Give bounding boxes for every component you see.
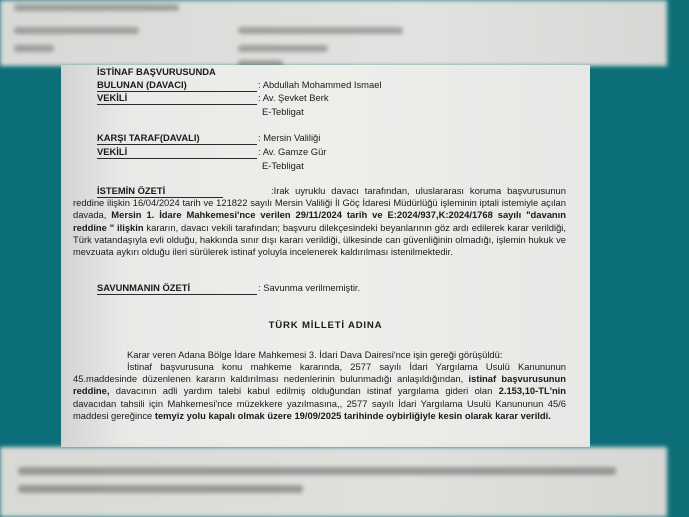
decision-text: İstinaf başvurusuna konu mahkeme kararın… <box>73 361 566 422</box>
claim-text-2: kararın, davacı vekili tarafından; başvu… <box>73 222 566 257</box>
appellant-label-line1: İSTİNAF BAŞVURUSUNDA <box>97 66 216 78</box>
court-decision-page: İSTİNAF BAŞVURUSUNDA BULUNAN (DAVACI) : … <box>61 65 590 447</box>
decision-bold-2: 2.153,10-TL'nin <box>499 385 566 396</box>
appellant-counsel-name: : Av. Şevket Berk <box>258 92 329 104</box>
appellant-counsel-note: E-Tebligat <box>262 106 304 118</box>
respondent-counsel-name: : Av. Gamze Gür <box>258 146 326 158</box>
decision-intro-text: Karar veren Adana Bölge İdare Mahkemesi … <box>73 349 566 361</box>
claim-summary-text: :Irak uyruklu davacı tarafından, uluslar… <box>73 185 566 258</box>
judgment-heading: TÜRK MİLLETİ ADINA <box>61 320 590 332</box>
blurred-background-document-bottom <box>0 447 689 517</box>
decision-bold-3: temyiz yolu kapalı olmak üzere 19/09/202… <box>155 410 551 421</box>
defense-summary-label: SAVUNMANIN ÖZETİ <box>97 282 257 295</box>
decision-intro: Karar veren Adana Bölge İdare Mahkemesi … <box>73 349 566 361</box>
appellant-label-line2: BULUNAN (DAVACI) <box>97 79 257 92</box>
defense-summary-value: : Savunma verilmemiştir. <box>258 282 360 294</box>
respondent-counsel-note: E-Tebligat <box>262 160 304 172</box>
respondent-counsel-label: VEKİLİ <box>97 146 257 159</box>
blurred-background-document-top <box>0 0 689 66</box>
decision-text-2: davacının adli yardım talebi kabul edilm… <box>109 385 498 396</box>
appellant-counsel-label: VEKİLİ <box>97 92 257 105</box>
respondent-name: : Mersin Valiliği <box>258 132 320 144</box>
appellant-name: : Abdullah Mohammed Ismael <box>258 79 382 91</box>
respondent-label: KARŞI TARAF(DAVALI) <box>97 132 257 145</box>
